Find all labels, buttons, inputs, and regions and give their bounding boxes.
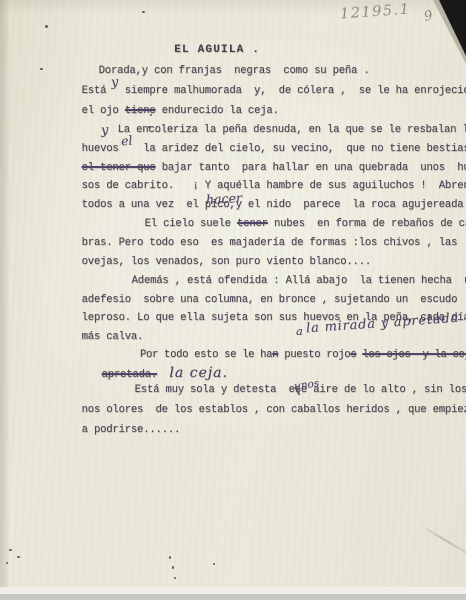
handwritten-conjunction-y-huevos: y (100, 123, 108, 138)
paper-speck (17, 556, 20, 558)
scan-backing-strip (0, 587, 466, 594)
handwritten-correction-a-roja: a (296, 324, 303, 338)
scanned-manuscript-page: 12195.1 9 EL AGUILA . Dorada,y con franj… (0, 0, 466, 600)
typescript-line: a podrirse...... (57, 411, 180, 450)
paper-speck (169, 556, 171, 559)
paper-speck (142, 11, 145, 13)
paper-speck (213, 563, 215, 565)
handwritten-correction-hacer: hacer (206, 190, 243, 207)
paper-speck (40, 68, 43, 70)
paper-speck (6, 562, 8, 564)
paper-speck (45, 25, 48, 28)
typed-text: puesto rojo (278, 349, 350, 361)
paper-speck (9, 549, 12, 551)
scan-bed-strip (0, 594, 466, 600)
handwritten-correction-el: el (120, 133, 133, 149)
handwritten-correction-y-ojo: y (110, 75, 119, 91)
typed-text: a podrirse...... (82, 424, 181, 436)
paper-speck (172, 566, 174, 569)
struck-text: los ojos y la ceja (362, 349, 466, 361)
paper-speck (174, 577, 176, 579)
